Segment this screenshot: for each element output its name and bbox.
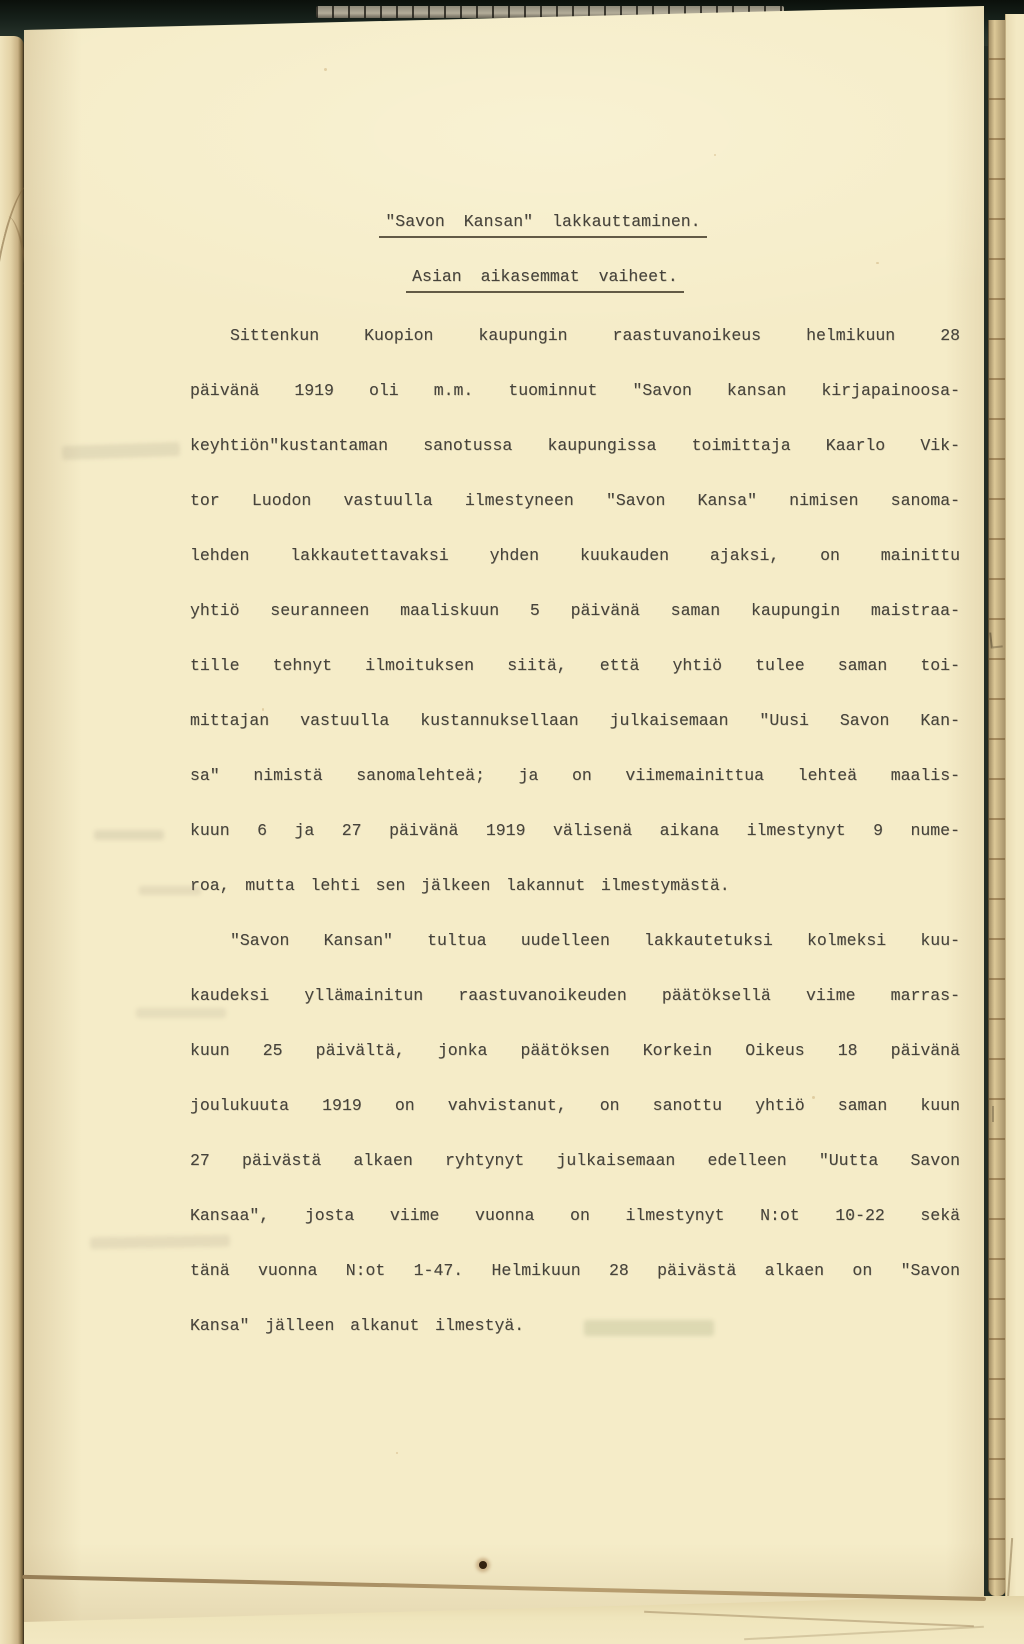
text-line: sa" nimistä sanomalehteä; ja on viimemai… (190, 748, 960, 803)
text-line: Kansaa", josta viime vuonna on ilmestyny… (190, 1188, 960, 1243)
text-line: keyhtiön"kustantaman sanotussa kaupungis… (190, 418, 960, 473)
text-line: Sittenkun Kuopion kaupungin raastuvanoik… (190, 308, 960, 363)
page-edge-left (0, 36, 24, 1644)
title-row: "Savon Kansan" lakkauttaminen. (190, 194, 960, 249)
text-line: roa, mutta lehti sen jälkeen lakannut il… (190, 858, 960, 913)
ink-spot (479, 1561, 487, 1569)
paper-speck (396, 1452, 398, 1454)
paper-wrinkle (644, 1611, 974, 1627)
text-line: mittajan vastuulla kustannuksellaan julk… (190, 693, 960, 748)
document-body: Sittenkun Kuopion kaupungin raastuvanoik… (190, 308, 960, 1353)
edge-mark (989, 631, 1003, 648)
text-line: Kansa" jälleen alkanut ilmestyä. (190, 1298, 960, 1353)
paper-crease (1007, 1538, 1013, 1600)
ink-bleedthrough (62, 442, 180, 460)
subtitle-row: Asian aikasemmat vaiheet. (190, 249, 960, 304)
text-line: päivänä 1919 oli m.m. tuominnut "Savon k… (190, 363, 960, 418)
paper-speck (714, 154, 716, 156)
scanned-archive-photo: "Savon Kansan" lakkauttaminen. Asian aik… (0, 0, 1024, 1644)
text-line: kuun 25 päivältä, jonka päätöksen Korkei… (190, 1023, 960, 1078)
ink-bleedthrough (90, 1235, 230, 1249)
text-line: kaudeksi yllämainitun raastuvanoikeuden … (190, 968, 960, 1023)
paper-wrinkle (744, 1626, 984, 1641)
ink-bleedthrough (584, 1320, 714, 1336)
ink-bleedthrough (136, 1008, 226, 1018)
paper-speck (324, 68, 327, 71)
document-subtitle: Asian aikasemmat vaiheet. (406, 267, 684, 293)
document-page: "Savon Kansan" lakkauttaminen. Asian aik… (24, 4, 984, 1624)
paper-speck (262, 708, 264, 711)
edge-mark (992, 1106, 994, 1122)
text-line: tille tehnyt ilmoituksen siitä, että yht… (190, 638, 960, 693)
page-stack-right (988, 20, 1006, 1596)
text-line: lehden lakkautettavaksi yhden kuukauden … (190, 528, 960, 583)
text-line: joulukuuta 1919 on vahvistanut, on sanot… (190, 1078, 960, 1133)
document-title: "Savon Kansan" lakkauttaminen. (379, 212, 706, 238)
text-line: "Savon Kansan" tultua uudelleen lakkaute… (190, 913, 960, 968)
text-line: yhtiö seuranneen maaliskuun 5 päivänä sa… (190, 583, 960, 638)
paper-speck (812, 1096, 815, 1099)
ink-bleedthrough (94, 830, 164, 840)
text-line: 27 päivästä alkaen ryhtynyt julkaisemaan… (190, 1133, 960, 1188)
text-line: tänä vuonna N:ot 1-47. Helmikuun 28 päiv… (190, 1243, 960, 1298)
text-line: tor Luodon vastuulla ilmestyneen "Savon … (190, 473, 960, 528)
paper-speck (876, 262, 879, 264)
underlying-page-right (1005, 14, 1024, 1644)
text-line: kuun 6 ja 27 päivänä 1919 välisenä aikan… (190, 803, 960, 858)
document-heading: "Savon Kansan" lakkauttaminen. Asian aik… (190, 194, 960, 304)
ink-bleedthrough (139, 886, 201, 895)
